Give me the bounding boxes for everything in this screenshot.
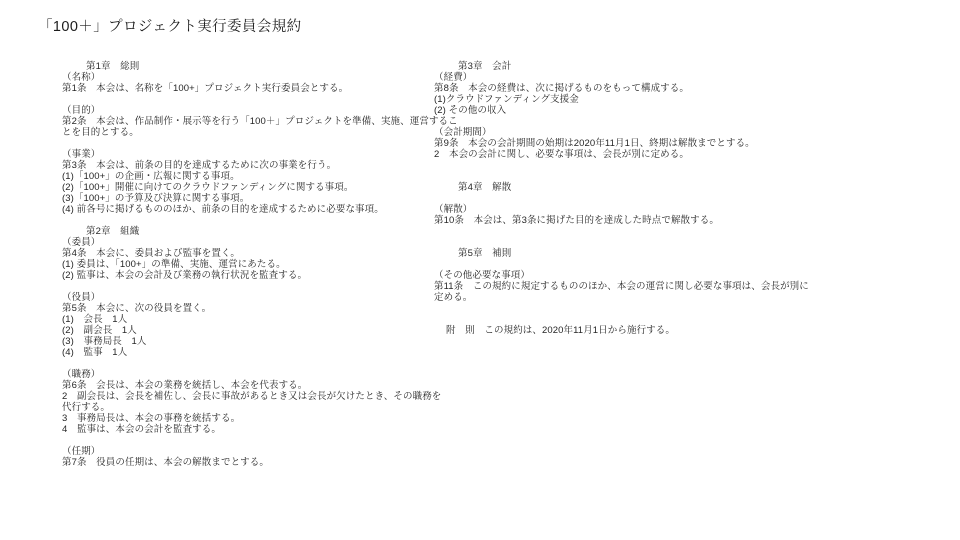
text-line: 第1条 本会は、名称を「100+」プロジェクト実行委員会とする。 bbox=[62, 83, 422, 94]
blank-line bbox=[62, 281, 422, 292]
text-line: 第7条 役員の任期は、本会の解散までとする。 bbox=[62, 457, 422, 468]
text-line: 第9条 本会の会計期間の始期は2020年11月1日、終期は解散までとする。 bbox=[434, 138, 779, 149]
text-line: 第6条 会長は、本会の業務を統括し、本会を代表する。 bbox=[62, 380, 422, 391]
blank-line bbox=[62, 358, 422, 369]
blank-line bbox=[434, 303, 779, 314]
text-line: とを目的とする。 bbox=[62, 127, 422, 138]
text-line: 第3章 会計 bbox=[434, 61, 779, 72]
text-line: (4) 監事 1人 bbox=[62, 347, 422, 358]
text-line: （事業） bbox=[62, 149, 422, 160]
text-line: 第4章 解散 bbox=[434, 182, 779, 193]
text-line: （目的） bbox=[62, 105, 422, 116]
blank-line bbox=[434, 259, 779, 270]
blank-line bbox=[62, 435, 422, 446]
blank-line bbox=[434, 116, 779, 127]
text-line: (4) 前各号に掲げるもののほか、前条の目的を達成するために必要な事項。 bbox=[62, 204, 422, 215]
text-line: 附 則 この規約は、2020年11月1日から施行する。 bbox=[434, 325, 779, 336]
text-line: 第5条 本会に、次の役員を置く。 bbox=[62, 303, 422, 314]
text-line: 第2章 組織 bbox=[62, 226, 422, 237]
text-line: (3)「100+」の予算及び決算に関する事項。 bbox=[62, 193, 422, 204]
text-line: （役員） bbox=[62, 292, 422, 303]
text-line: 第8条 本会の経費は、次に掲げるものをもって構成する。 bbox=[434, 83, 779, 94]
blank-line bbox=[434, 226, 779, 237]
text-line: (2)「100+」開催に向けてのクラウドファンディングに関する事項。 bbox=[62, 182, 422, 193]
text-line: 3 事務局長は、本会の事務を統括する。 bbox=[62, 413, 422, 424]
right-column: 第3章 会計（経費）第8条 本会の経費は、次に掲げるものをもって構成する。(1)… bbox=[434, 61, 779, 336]
document-page: 「100＋」プロジェクト実行委員会規約 第1章 総則（名称）第1条 本会は、名称… bbox=[0, 0, 960, 540]
blank-line bbox=[62, 215, 422, 226]
text-line: (2) 副会長 1人 bbox=[62, 325, 422, 336]
text-line: 4 監事は、本会の会計を監査する。 bbox=[62, 424, 422, 435]
text-line: 2 本会の会計に関し、必要な事項は、会長が別に定める。 bbox=[434, 149, 779, 160]
text-line: 2 副会長は、会長を補佐し、会長に事故があるとき又は会長が欠けたとき、その職務を bbox=[62, 391, 422, 402]
blank-line bbox=[434, 160, 779, 171]
text-line: （職務） bbox=[62, 369, 422, 380]
text-line: （経費） bbox=[434, 72, 779, 83]
text-line: 第10条 本会は、第3条に掲げた目的を達成した時点で解散する。 bbox=[434, 215, 779, 226]
blank-line bbox=[434, 237, 779, 248]
text-line: (1) 会長 1人 bbox=[62, 314, 422, 325]
blank-line bbox=[62, 138, 422, 149]
left-column: 第1章 総則（名称）第1条 本会は、名称を「100+」プロジェクト実行委員会とす… bbox=[62, 61, 422, 468]
text-line: (2) 監事は、本会の会計及び業務の執行状況を監査する。 bbox=[62, 270, 422, 281]
text-line: 第4条 本会に、委員および監事を置く。 bbox=[62, 248, 422, 259]
text-line: (2) その他の収入 bbox=[434, 105, 779, 116]
blank-line bbox=[434, 314, 779, 325]
text-line: (3) 事務局長 1人 bbox=[62, 336, 422, 347]
text-line: 第5章 補則 bbox=[434, 248, 779, 259]
text-line: （任期） bbox=[62, 446, 422, 457]
text-line: (1) 委員は、「100+」の準備、実施、運営にあたる。 bbox=[62, 259, 422, 270]
text-line: 第1章 総則 bbox=[62, 61, 422, 72]
text-line: 第2条 本会は、作品制作・展示等を行う「100＋」プロジェクトを準備、実施、運営… bbox=[62, 116, 422, 127]
text-line: 定める。 bbox=[434, 292, 779, 303]
text-line: （その他必要な事項） bbox=[434, 270, 779, 281]
text-line: 第11条 この規約に規定するもののほか、本会の運営に関し必要な事項は、会長が別に bbox=[434, 281, 779, 292]
text-line: （名称） bbox=[62, 72, 422, 83]
text-line: (1)クラウドファンディング支援金 bbox=[434, 94, 779, 105]
text-line: 代行する。 bbox=[62, 402, 422, 413]
text-line: （解散） bbox=[434, 204, 779, 215]
text-line: （委員） bbox=[62, 237, 422, 248]
text-line: （会計期間） bbox=[434, 127, 779, 138]
text-line: (1)「100+」の企画・広報に関する事項。 bbox=[62, 171, 422, 182]
document-title: 「100＋」プロジェクト実行委員会規約 bbox=[38, 20, 302, 36]
blank-line bbox=[434, 171, 779, 182]
blank-line bbox=[434, 193, 779, 204]
text-line: 第3条 本会は、前条の目的を達成するために次の事業を行う。 bbox=[62, 160, 422, 171]
blank-line bbox=[62, 94, 422, 105]
